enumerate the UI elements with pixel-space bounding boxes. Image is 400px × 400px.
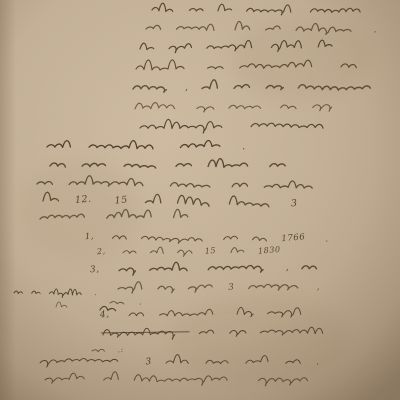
page-left-edge-shadow xyxy=(0,0,16,400)
manuscript-page-photo: .,.12.1531,1766.2,1518303,,3,.4,.:3.. xyxy=(0,0,400,400)
page-vignette xyxy=(0,0,400,400)
manuscript-canvas: .,.12.1531,1766.2,1518303,,3,.4,.:3.. xyxy=(0,0,400,400)
